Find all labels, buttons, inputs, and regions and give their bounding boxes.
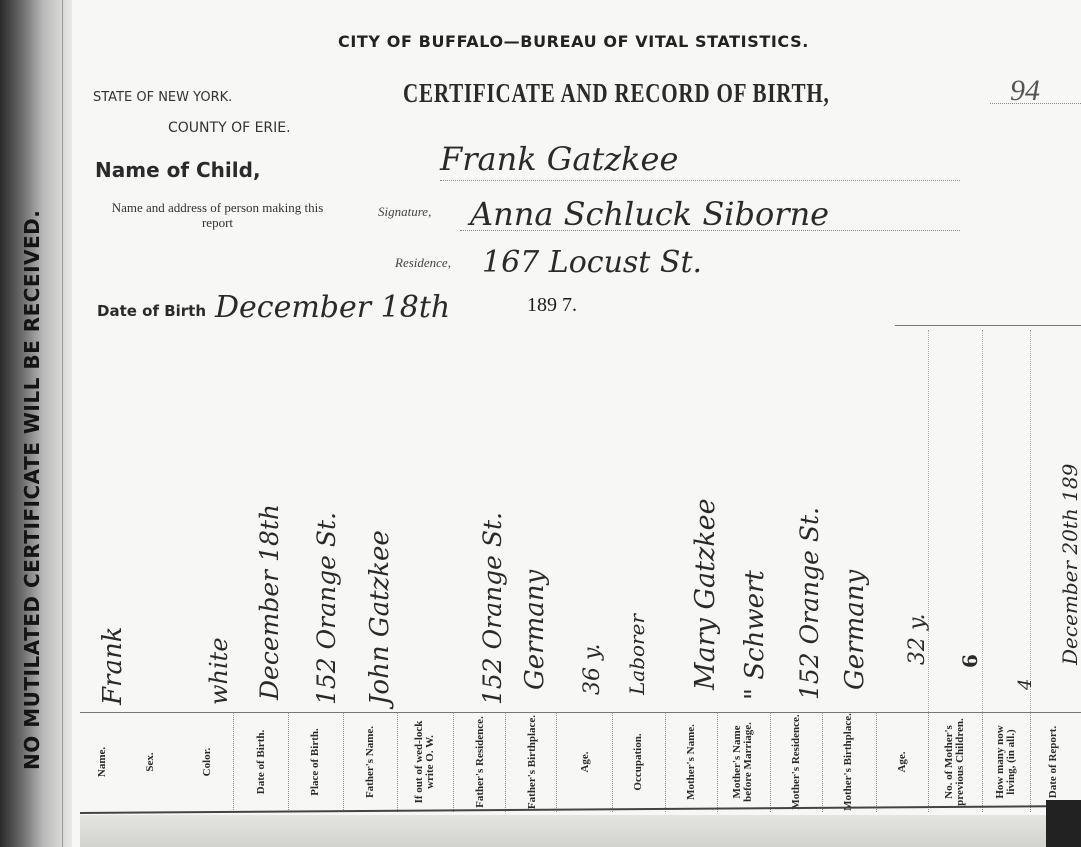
date-of-birth-value: December 18th xyxy=(215,290,450,325)
column-divider-upper xyxy=(982,330,983,712)
value-name: Frank xyxy=(98,627,128,705)
signature-value: Anna Schluck Siborne xyxy=(470,195,829,233)
column-header-date-of-birth: Date of Birth. xyxy=(236,712,286,812)
column-header-occupation: Occupation. xyxy=(613,712,663,812)
value-fathers-birthplace: Germany xyxy=(520,570,550,690)
column-header-sex: Sex. xyxy=(128,712,172,812)
value-mothers-residence: 152 Orange St. xyxy=(795,507,824,700)
value-mother-age: 32 y. xyxy=(905,614,930,666)
value-color: white xyxy=(205,637,233,705)
value-date-of-birth: December 18th xyxy=(255,504,284,700)
column-header-mother-age: Age. xyxy=(877,712,927,812)
column-header-father-age: Age. xyxy=(560,712,610,812)
side-notice: NO MUTILATED CERTIFICATE WILL BE RECEIVE… xyxy=(20,70,44,770)
value-now-living: 4 xyxy=(1015,679,1036,690)
value-mothers-maiden-name: " Schwert xyxy=(740,570,770,700)
column-header-out-of-wedlock: If out of wed-lock write O. W. xyxy=(398,712,452,812)
certificate-number-line xyxy=(990,103,1081,104)
scan-corner-shadow xyxy=(1046,800,1081,847)
signature-label: Signature, xyxy=(378,204,431,220)
signature-line xyxy=(460,230,960,231)
state-label: STATE OF NEW YORK. xyxy=(93,90,232,105)
column-header-date-of-report: Date of Report. xyxy=(1032,712,1074,812)
value-place-of-birth: 152 Orange St. xyxy=(312,512,341,705)
column-divider xyxy=(343,712,344,812)
column-header-fathers-birthplace: Father's Birthplace. xyxy=(507,712,557,812)
column-header-place-of-birth: Place of Birth. xyxy=(290,712,340,812)
column-header-color: Color. xyxy=(182,712,232,812)
date-of-birth-label: Date of Birth xyxy=(97,302,206,320)
column-header-mothers-birthplace: Mother's Birthplace. xyxy=(823,712,873,812)
column-divider xyxy=(233,712,234,812)
county-label: COUNTY OF ERIE. xyxy=(168,120,291,136)
column-divider xyxy=(288,712,289,812)
column-header-previous-children: No. of Mother's previous Children. xyxy=(929,712,981,812)
column-divider xyxy=(1030,712,1031,812)
bureau-heading: CITY OF BUFFALO—BUREAU OF VITAL STATISTI… xyxy=(338,32,809,51)
column-header-fathers-residence: Father's Residence. xyxy=(455,712,505,812)
column-divider-upper xyxy=(1030,330,1031,712)
column-header-fathers-name: Father's Name. xyxy=(345,712,395,812)
column-divider xyxy=(453,712,454,812)
value-previous-children: 6 xyxy=(958,654,982,668)
value-mothers-name: Mary Gatzkee xyxy=(690,498,721,690)
date-of-birth-year: 189 7. xyxy=(527,294,577,317)
certificate-title: CERTIFICATE AND RECORD OF BIRTH, xyxy=(403,78,830,109)
column-header-now-living: How many now living, (in all.) xyxy=(983,712,1029,812)
child-name-value: Frank Gatzkee xyxy=(440,140,678,178)
table-top-rule xyxy=(895,325,1081,326)
column-header-name: Name. xyxy=(80,712,124,812)
child-name-line xyxy=(440,180,960,181)
column-header-mothers-residence: Mother's Residence. xyxy=(771,712,821,812)
value-occupation: Laborer xyxy=(625,614,649,695)
margin-rule xyxy=(62,0,63,847)
column-header-mothers-name: Mother's Name. xyxy=(666,712,716,812)
value-mothers-birthplace: Germany xyxy=(840,570,870,690)
residence-label: Residence, xyxy=(395,255,451,271)
residence-value: 167 Locust St. xyxy=(482,245,702,280)
column-header-mothers-maiden-name: Mother's Name before Marriage. xyxy=(718,712,768,812)
column-divider xyxy=(505,712,506,812)
reporter-label: Name and address of person making this r… xyxy=(95,200,340,230)
value-fathers-residence: 152 Orange St. xyxy=(478,512,507,705)
value-fathers-name: John Gatzkee xyxy=(365,530,395,705)
child-name-label: Name of Child, xyxy=(95,158,261,182)
value-date-of-report: December 20th 189 xyxy=(1058,464,1081,665)
value-father-age: 36 y. xyxy=(580,644,605,696)
scan-bottom-shade xyxy=(80,815,1081,847)
